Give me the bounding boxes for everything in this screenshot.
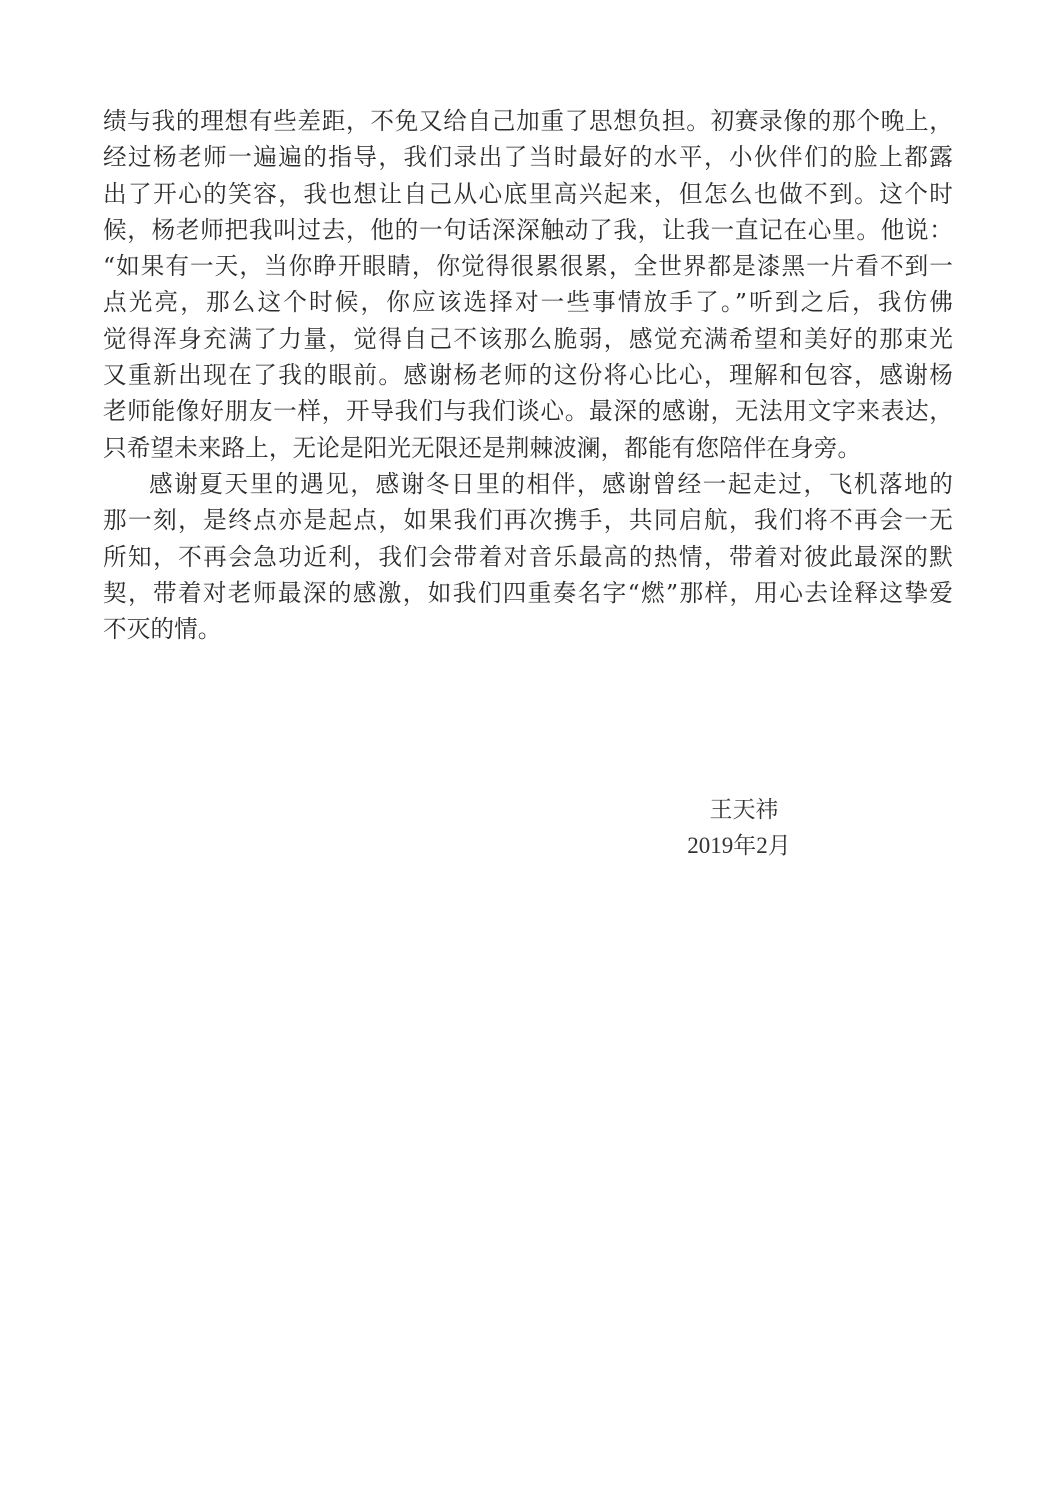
- paragraph-1: 绩与我的理想有些差距，不免又给自己加重了思想负担。初赛录像的那个晚上， 经过杨老…: [103, 103, 953, 466]
- text-line: 绩与我的理想有些差距，不免又给自己加重了思想负担。初赛录像的那个晚上，: [103, 103, 953, 139]
- text-line: 老师能像好朋友一样，开导我们与我们谈心。最深的感谢，无法用文字来表达，: [103, 393, 953, 429]
- paragraph-2: 感谢夏天里的遇见，感谢冬日里的相伴，感谢曾经一起走过，飞机落地的 那一刻，是终点…: [103, 466, 953, 647]
- text-line: “如果有一天，当你睁开眼睛，你觉得很累很累，全世界都是漆黑一片看不到一: [103, 248, 953, 284]
- text-line: 点光亮，那么这个时候，你应该选择对一些事情放手了。”听到之后，我仿佛: [103, 284, 953, 320]
- signature-date: 2019年2月: [649, 832, 829, 860]
- text-line: 感谢夏天里的遇见，感谢冬日里的相伴，感谢曾经一起走过，飞机落地的: [103, 466, 953, 502]
- text-line: 不灭的情。: [103, 611, 953, 647]
- text-line: 经过杨老师一遍遍的指导，我们录出了当时最好的水平，小伙伴们的脸上都露: [103, 139, 953, 175]
- text-line: 契，带着对老师最深的感激，如我们四重奏名字“燃”那样，用心去诠释这挚爱: [103, 575, 953, 611]
- letter-body: 绩与我的理想有些差距，不免又给自己加重了思想负担。初赛录像的那个晚上， 经过杨老…: [103, 103, 953, 647]
- signature-name: 王天祎: [654, 796, 834, 824]
- text-line: 所知，不再会急功近利，我们会带着对音乐最高的热情，带着对彼此最深的默: [103, 539, 953, 575]
- text-line: 只希望未来路上，无论是阳光无限还是荆棘波澜，都能有您陪伴在身旁。: [103, 430, 953, 466]
- text-line: 觉得浑身充满了力量，觉得自己不该那么脆弱，感觉充满希望和美好的那束光: [103, 321, 953, 357]
- text-line: 那一刻，是终点亦是起点，如果我们再次携手，共同启航，我们将不再会一无: [103, 502, 953, 538]
- document-page: 绩与我的理想有些差距，不免又给自己加重了思想负担。初赛录像的那个晚上， 经过杨老…: [0, 0, 1060, 1500]
- text-line: 出了开心的笑容，我也想让自己从心底里高兴起来，但怎么也做不到。这个时: [103, 176, 953, 212]
- text-line: 候，杨老师把我叫过去，他的一句话深深触动了我，让我一直记在心里。他说：: [103, 212, 953, 248]
- text-line: 又重新出现在了我的眼前。感谢杨老师的这份将心比心，理解和包容，感谢杨: [103, 357, 953, 393]
